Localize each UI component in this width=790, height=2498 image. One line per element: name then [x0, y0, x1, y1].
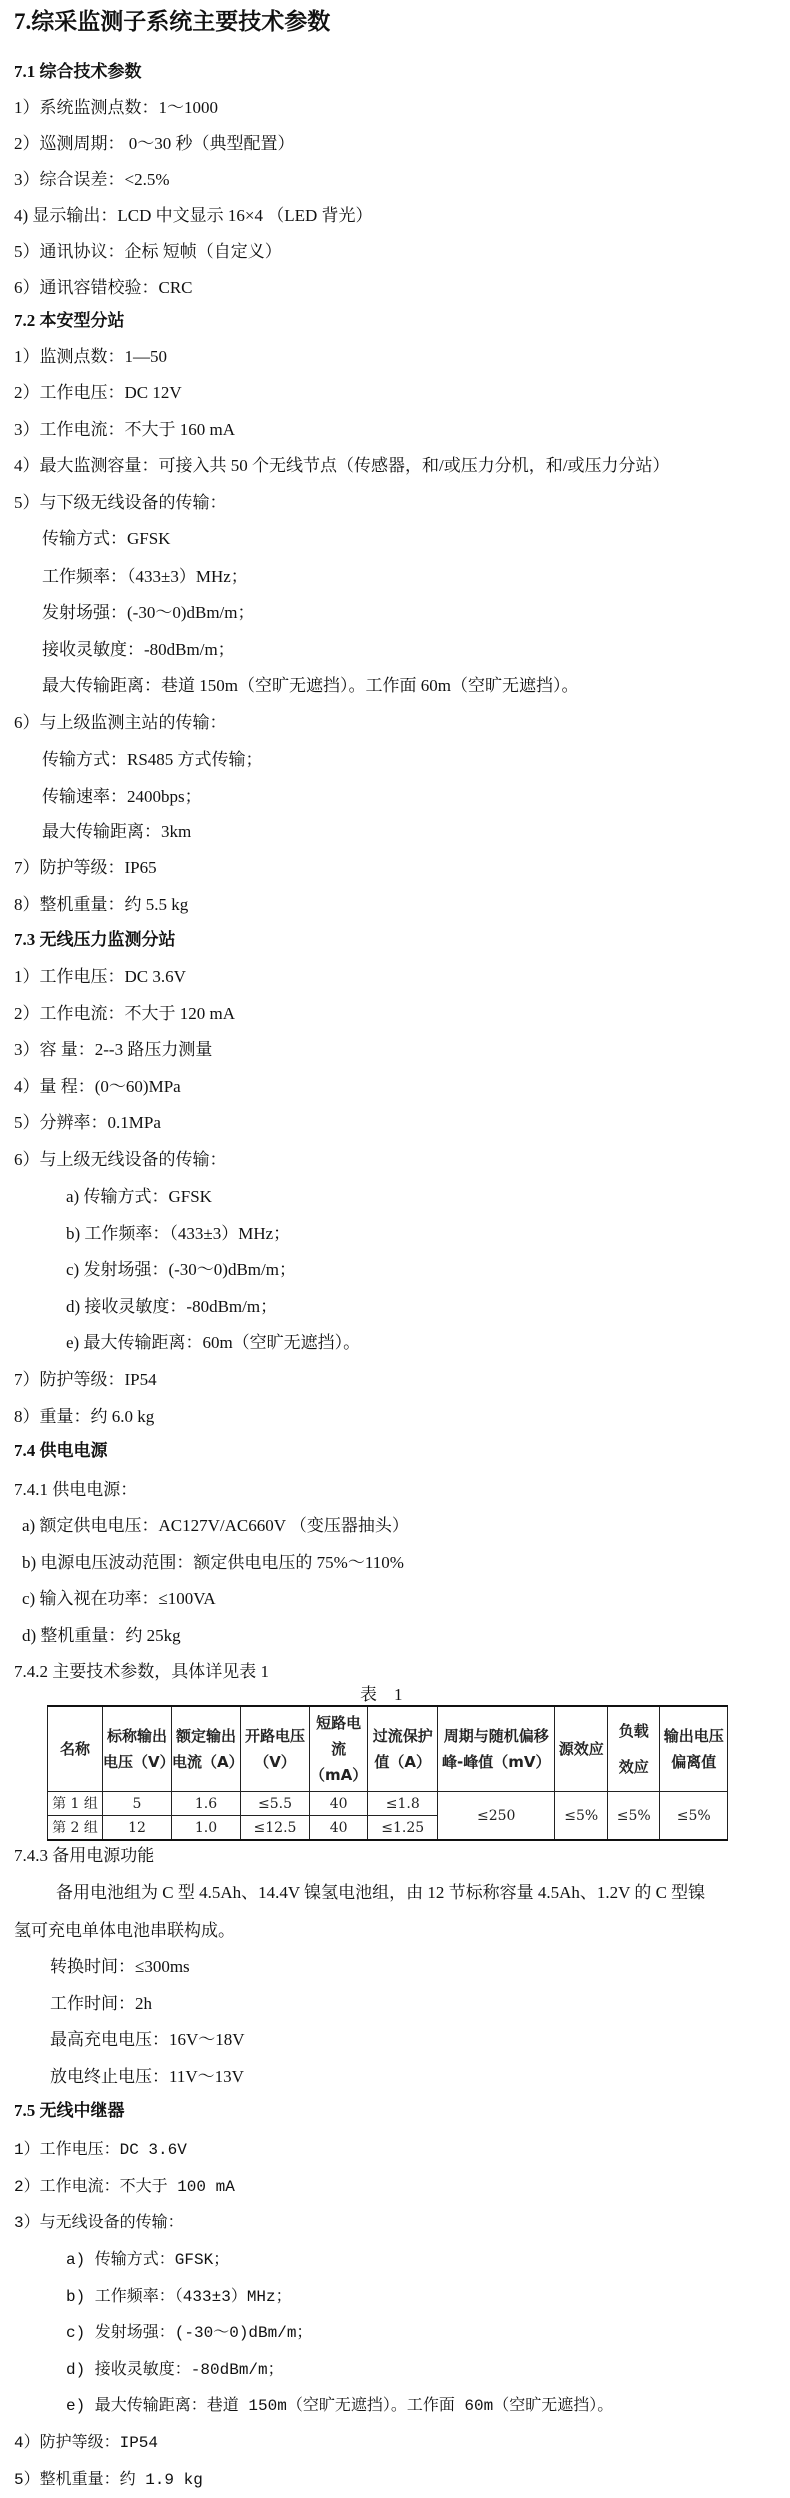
- table-cell: ≤1.25: [368, 1816, 438, 1841]
- column-header: 输出电压偏离值: [660, 1706, 728, 1792]
- sub-item: 工作频率：（433±3）MHz；: [42, 567, 248, 587]
- list-item: 7）防护等级：IP54: [14, 1370, 157, 1390]
- column-header: 额定输出电流（A）: [172, 1706, 241, 1792]
- column-header: 负载效应: [608, 1706, 660, 1792]
- document-title: 7.综采监测子系统主要技术参数: [14, 9, 330, 35]
- list-item: 7）防护等级：IP65: [14, 858, 157, 878]
- table-header-row: 名称 标称输出电压（V） 额定输出电流（A） 开路电压（V） 短路电流（mA） …: [48, 1706, 728, 1792]
- sub-item: 传输速率：2400bps；: [42, 787, 202, 807]
- list-item: 1）系统监测点数：1～1000: [14, 98, 218, 118]
- list-item: 8）重量：约 6.0 kg: [14, 1407, 154, 1427]
- sub-item: 工作时间：2h: [50, 1994, 152, 2014]
- list-item: 3）容 量：2--3 路压力测量: [14, 1040, 212, 1060]
- list-item: 2）工作电流：不大于 120 mA: [14, 1004, 235, 1024]
- section-heading-7-4: 7.4 供电电源: [14, 1441, 108, 1461]
- table-cell: 第 2 组: [48, 1816, 103, 1841]
- section-heading-7-5: 7.5 无线中继器: [14, 2101, 125, 2121]
- list-item: 6）通讯容错校验：CRC: [14, 278, 193, 298]
- column-header: 周期与随机偏移峰-峰值（mV）: [438, 1706, 555, 1792]
- sub-item: 最大传输距离：3km: [42, 822, 191, 842]
- list-item: 5）通讯协议：企标 短帧（自定义）: [14, 242, 282, 262]
- table-cell: 40: [310, 1816, 368, 1841]
- sub-item: b) 工作频率：（433±3）MHz；: [66, 1224, 290, 1244]
- sub-item: d) 接收灵敏度：-80dBm/m；: [66, 2360, 284, 2380]
- table-row: 第 1 组 5 1.6 ≤5.5 40 ≤1.8 ≤250 ≤5% ≤5% ≤5…: [48, 1792, 728, 1816]
- list-item: 4）防护等级：IP54: [14, 2433, 158, 2453]
- list-item: 1）工作电压：DC 3.6V: [14, 2140, 187, 2160]
- table-cell: 5: [103, 1792, 172, 1816]
- list-item: 3）工作电流：不大于 160 mA: [14, 420, 235, 440]
- table-cell: ≤5.5: [241, 1792, 310, 1816]
- section-heading-7-2: 7.2 本安型分站: [14, 311, 125, 331]
- table-cell: 第 1 组: [48, 1792, 103, 1816]
- table-caption: 表 1: [360, 1680, 403, 1705]
- column-header: 短路电流（mA）: [310, 1706, 368, 1792]
- sub-item: a) 传输方式：GFSK；: [66, 2250, 229, 2270]
- sub-item: a) 传输方式：GFSK: [66, 1187, 212, 1207]
- list-item: 3）与无线设备的传输：: [14, 2213, 184, 2233]
- sub-item: 传输方式：RS485 方式传输；: [42, 750, 263, 770]
- list-item: 5）分辨率：0.1MPa: [14, 1113, 161, 1133]
- sub-item: b) 电源电压波动范围：额定供电电压的 75%～110%: [22, 1553, 404, 1573]
- list-item: 1）监测点数：1—50: [14, 347, 167, 367]
- list-item: 8）整机重量：约 5.5 kg: [14, 895, 188, 915]
- sub-item: a) 额定供电电压：AC127V/AC660V （变压器抽头）: [22, 1516, 409, 1536]
- table-cell: 1.0: [172, 1816, 241, 1841]
- subsection-heading-7-4-1: 7.4.1 供电电源：: [14, 1480, 137, 1500]
- table-cell: 40: [310, 1792, 368, 1816]
- sub-item: 传输方式：GFSK: [42, 529, 170, 549]
- paragraph-line: 备用电池组为 C 型 4.5Ah、14.4V 镍氢电池组，由 12 节标称容量 …: [56, 1883, 705, 1903]
- column-header: 名称: [48, 1706, 103, 1792]
- sub-item: e) 最大传输距离：60m（空旷无遮挡）。: [66, 1333, 360, 1353]
- sub-item: e) 最大传输距离：巷道 150m（空旷无遮挡）。工作面 60m（空旷无遮挡）。: [66, 2396, 613, 2416]
- list-item: 3）综合误差：<2.5%: [14, 170, 170, 190]
- list-item: 4) 显示输出：LCD 中文显示 16×4 （LED 背光）: [14, 206, 373, 226]
- list-item: 2）工作电流：不大于 100 mA: [14, 2177, 235, 2197]
- paragraph-line: 氢可充电单体电池串联构成。: [14, 1921, 235, 1941]
- section-heading-7-3: 7.3 无线压力监测分站: [14, 930, 176, 950]
- table-cell: ≤1.8: [368, 1792, 438, 1816]
- sub-item: 放电终止电压：11V～13V: [50, 2067, 244, 2087]
- power-spec-table: 名称 标称输出电压（V） 额定输出电流（A） 开路电压（V） 短路电流（mA） …: [47, 1705, 728, 1841]
- list-item: 4）量 程：(0～60)MPa: [14, 1077, 181, 1097]
- subsection-heading-7-4-2: 7.4.2 主要技术参数，具体详见表 1: [14, 1662, 269, 1682]
- list-item: 2）巡测周期： 0～30 秒（典型配置）: [14, 134, 295, 154]
- table-cell: ≤12.5: [241, 1816, 310, 1841]
- section-heading-7-1: 7.1 综合技术参数: [14, 62, 142, 82]
- sub-item: d) 接收灵敏度：-80dBm/m；: [66, 1297, 277, 1317]
- sub-item: d) 整机重量：约 25kg: [22, 1626, 181, 1646]
- table-cell-merged: ≤5%: [608, 1792, 660, 1841]
- table-cell-merged: ≤250: [438, 1792, 555, 1841]
- list-item: 4）最大监测容量：可接入共 50 个无线节点（传感器，和/或压力分机，和/或压力…: [14, 456, 669, 476]
- sub-item: 最大传输距离：巷道 150m（空旷无遮挡）。工作面 60m（空旷无遮挡）。: [42, 676, 578, 696]
- table-cell: 12: [103, 1816, 172, 1841]
- sub-item: b) 工作频率：（433±3）MHz；: [66, 2287, 292, 2307]
- sub-item: 接收灵敏度：-80dBm/m；: [42, 640, 235, 660]
- sub-item: 最高充电电压：16V～18V: [50, 2030, 245, 2050]
- list-item: 6）与上级监测主站的传输：: [14, 713, 227, 733]
- table-cell-merged: ≤5%: [555, 1792, 608, 1841]
- column-header: 过流保护值（A）: [368, 1706, 438, 1792]
- sub-item: 转换时间：≤300ms: [50, 1957, 190, 1977]
- sub-item: c) 输入视在功率：≤100VA: [22, 1589, 216, 1609]
- sub-item: 发射场强：(-30～0)dBm/m；: [42, 603, 255, 623]
- sub-item: c) 发射场强：(-30～0)dBm/m；: [66, 2323, 312, 2343]
- list-item: 1）工作电压：DC 3.6V: [14, 967, 186, 987]
- sub-item: c) 发射场强：(-30～0)dBm/m；: [66, 1260, 296, 1280]
- column-header: 标称输出电压（V）: [103, 1706, 172, 1792]
- column-header: 开路电压（V）: [241, 1706, 310, 1792]
- table-cell: 1.6: [172, 1792, 241, 1816]
- subsection-heading-7-4-3: 7.4.3 备用电源功能: [14, 1846, 154, 1866]
- list-item: 5）与下级无线设备的传输：: [14, 493, 227, 513]
- column-header: 源效应: [555, 1706, 608, 1792]
- list-item: 6）与上级无线设备的传输：: [14, 1150, 227, 1170]
- table-cell-merged: ≤5%: [660, 1792, 728, 1841]
- list-item: 5）整机重量：约 1.9 kg: [14, 2470, 203, 2490]
- list-item: 2）工作电压：DC 12V: [14, 383, 182, 403]
